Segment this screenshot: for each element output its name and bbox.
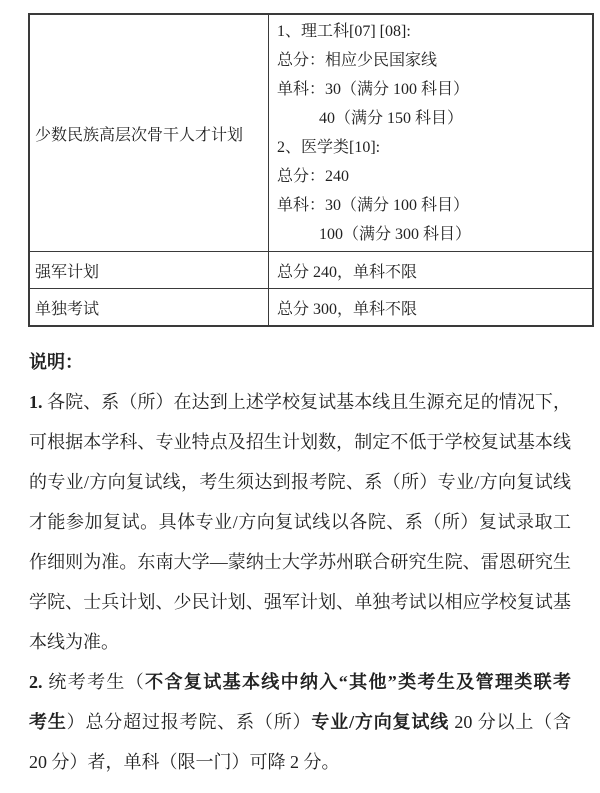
note-text-bold: 考生 xyxy=(29,712,67,732)
note-number: 2. xyxy=(29,672,43,692)
note-paragraph-2: 2. 统考考生（不含复试基本线中纳入“其他”类考生及管理类联考 考生）总分超过报… xyxy=(29,662,571,782)
plan-name: 少数民族高层次骨干人才计划 xyxy=(35,127,243,144)
criteria-line: 1、理工科[07] [08]: xyxy=(277,17,588,46)
note-line: 的专业/方向复试线，考生须达到报考院、系（所）专业/方向复试线 xyxy=(29,462,571,502)
note-text: ）总分超过报考院、系（所） xyxy=(67,712,312,732)
table-row-army-plan: 强军计划 总分 240，单科不限 xyxy=(29,252,593,289)
criteria-text: 总分 300，单科不限 xyxy=(277,301,417,318)
criteria-line: 40（满分 150 科目） xyxy=(277,104,588,133)
note-line: 可根据本学科、专业特点及招生计划数，制定不低于学校复试基本线 xyxy=(29,422,571,462)
note-line: 才能参加复试。具体专业/方向复试线以各院、系（所）复试录取工 xyxy=(29,502,571,542)
table-row-minority-plan: 少数民族高层次骨干人才计划 1、理工科[07] [08]: 总分：相应少民国家线… xyxy=(29,14,593,252)
criteria-line: 单科：30（满分 100 科目） xyxy=(277,191,588,220)
criteria-cell: 总分 240，单科不限 xyxy=(269,252,594,289)
note-text: 20 分以上（含 xyxy=(449,712,571,732)
note-number: 1. xyxy=(29,392,43,412)
note-line: 2. 统考考生（不含复试基本线中纳入“其他”类考生及管理类联考 xyxy=(29,662,571,702)
note-line: 1. 各院、系（所）在达到上述学校复试基本线且生源充足的情况下， xyxy=(29,382,571,422)
note-line: 考生）总分超过报考院、系（所）专业/方向复试线 20 分以上（含 xyxy=(29,702,571,742)
criteria-text: 总分 240，单科不限 xyxy=(277,264,417,281)
note-line: 作细则为准。东南大学—蒙纳士大学苏州联合研究生院、雷恩研究生 xyxy=(29,542,571,582)
document-page: 少数民族高层次骨干人才计划 1、理工科[07] [08]: 总分：相应少民国家线… xyxy=(0,0,600,793)
admission-score-table: 少数民族高层次骨干人才计划 1、理工科[07] [08]: 总分：相应少民国家线… xyxy=(28,13,594,327)
plan-name-cell: 强军计划 xyxy=(29,252,269,289)
criteria-line: 单科：30（满分 100 科目） xyxy=(277,75,588,104)
criteria-line: 100（满分 300 科目） xyxy=(277,220,588,249)
note-text: 各院、系（所）在达到上述学校复试基本线且生源充足的情况下， xyxy=(43,392,572,412)
note-line: 20 分）者，单科（限一门）可降 2 分。 xyxy=(29,742,571,782)
note-text-bold: 专业/方向复试线 xyxy=(311,712,449,732)
note-text-bold: 不含复试基本线中纳入“其他”类考生及管理类联考 xyxy=(145,672,571,692)
notes-section: 说明： 1. 各院、系（所）在达到上述学校复试基本线且生源充足的情况下， 可根据… xyxy=(29,342,571,782)
notes-heading: 说明： xyxy=(29,342,571,382)
note-text: 统考考生（ xyxy=(43,672,146,692)
plan-name: 强军计划 xyxy=(35,264,99,281)
table-row-separate-exam: 单独考试 总分 300，单科不限 xyxy=(29,289,593,327)
criteria-cell: 总分 300，单科不限 xyxy=(269,289,594,327)
criteria-line: 总分：240 xyxy=(277,162,588,191)
plan-name-cell: 单独考试 xyxy=(29,289,269,327)
plan-name-cell: 少数民族高层次骨干人才计划 xyxy=(29,14,269,252)
plan-name: 单独考试 xyxy=(35,301,99,318)
criteria-cell: 1、理工科[07] [08]: 总分：相应少民国家线 单科：30（满分 100 … xyxy=(269,14,594,252)
criteria-line: 2、医学类[10]: xyxy=(277,133,588,162)
criteria-line: 总分：相应少民国家线 xyxy=(277,46,588,75)
note-paragraph-1: 1. 各院、系（所）在达到上述学校复试基本线且生源充足的情况下， 可根据本学科、… xyxy=(29,382,571,662)
note-line: 学院、士兵计划、少民计划、强军计划、单独考试以相应学校复试基 xyxy=(29,582,571,622)
note-line: 本线为准。 xyxy=(29,622,571,662)
